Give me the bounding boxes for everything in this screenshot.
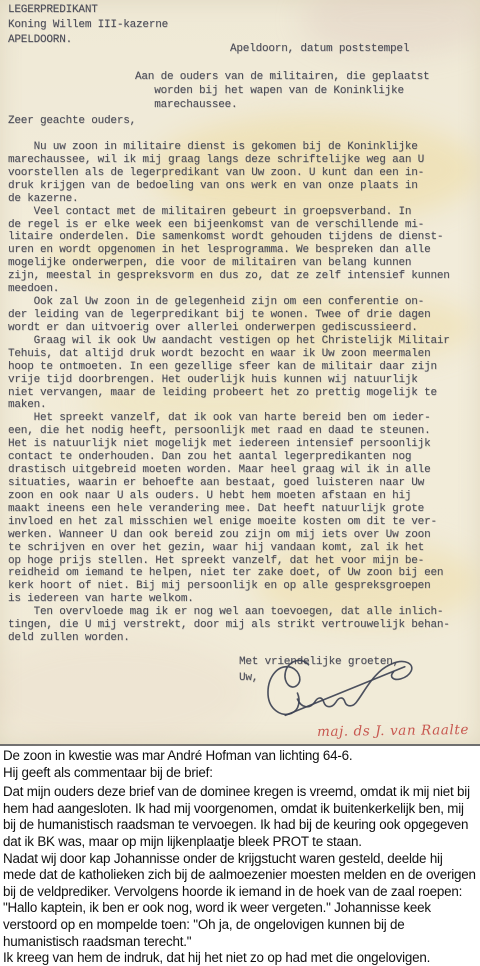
letter-line: drastisch uitgebreid moeten worden. Maar… (8, 464, 450, 477)
letter-line: maken. (8, 399, 450, 412)
letter-line: hoop te ontmoeten. In een gezellige sfee… (8, 361, 450, 374)
letter-line: vrije tijd doorbrengen. Het ouderlijk hu… (8, 374, 450, 387)
letter-scan: LEGERPREDIKANTKoning Willem III-kazerneA… (0, 0, 480, 746)
caption-comment: Dat mijn ouders deze brief van de domine… (3, 784, 480, 966)
letter-line: situaties, waarin er behoefte aan bestaa… (8, 477, 450, 490)
letter-line: mogelijke onderwerpen, die voor de milit… (8, 257, 450, 270)
caption-line: "Hallo kaptein, ik ben er ook nog, word … (3, 900, 480, 917)
caption-line: De zoon in kwestie was mar André Hofman … (3, 748, 480, 765)
caption-line: Ik kreeg van hem de indruk, dat hij het … (3, 950, 480, 966)
letter-line: is iedereen van harte welkom. (8, 593, 450, 606)
caption-intro: De zoon in kwestie was mar André Hofman … (3, 748, 480, 781)
letter-line: niet vervangen, maar de leiding probeert… (8, 387, 450, 400)
dateline: Apeldoorn, datum poststempel (230, 43, 409, 55)
sender-line: Koning Willem III-kazerne (8, 18, 168, 33)
letter-line: wordt er dan uitvoerig over allerlei ond… (8, 322, 450, 335)
letter-line: contact te onderhouden. Dan zou het aant… (8, 451, 450, 464)
address-line: Aan de ouders van de militairen, die gep… (135, 70, 429, 84)
caption: De zoon in kwestie was mar André Hofman … (0, 746, 480, 966)
caption-line: mede dat de katholieken zich bij de aalm… (3, 867, 480, 884)
letter-body: Nu uw zoon in militaire dienst is gekome… (8, 141, 450, 645)
letter-line: der leiding van de legerpredikant bij te… (8, 309, 450, 322)
letter-line: meedoen. (8, 283, 450, 296)
letter-line: zijn, meestal in gespreksvorm en dus zo,… (8, 270, 450, 283)
letter-line: reidheid om iemand te helpen, niet ter z… (8, 567, 450, 580)
caption-line: Nadat wij door kap Johannisse onder de k… (3, 851, 480, 868)
letter-line: zoon en ook naar U als ouders. U hebt he… (8, 490, 450, 503)
caption-line: bij de veldprediker. Vervolgens hoorde i… (3, 884, 480, 901)
address-line: worden bij het wapen van de Koninklijke (135, 84, 429, 98)
caption-line: dat ik BK was, maar op mijn lijkenplaatj… (3, 834, 480, 851)
letter-line: te schrijven en over het gezin, waar hij… (8, 542, 450, 555)
letter-line: Ten overvloede mag ik er nog wel aan toe… (8, 606, 450, 619)
letter-line: Veel contact met de militairen gebeurt i… (8, 206, 450, 219)
letter-line: deld zullen worden. (8, 632, 450, 645)
letter-line: de regel is er elke week een bijeenkomst… (8, 219, 450, 232)
letter-line: marechaussee, wil ik mij graag langs dez… (8, 154, 450, 167)
letter-line: Het spreekt vanzelf, dat ik ook van hart… (8, 412, 450, 425)
rank-stamp: maj. ds J. van Raalte (317, 722, 469, 740)
caption-line: humanistisch raadsman terecht." (3, 934, 480, 951)
letter-line: Tehuis, dat altijd druk wordt bezocht en… (8, 348, 450, 361)
caption-line: verstoord op en mompelde toen: "Oh ja, d… (3, 917, 480, 934)
sender-line: LEGERPREDIKANT (8, 3, 168, 18)
caption-line: Hij geeft als commentaar bij de brief: (3, 765, 480, 782)
letter-line: Graag wil ik ook Uw aandacht vestigen op… (8, 335, 450, 348)
page: LEGERPREDIKANTKoning Willem III-kazerneA… (0, 0, 480, 966)
letter-line: een, die het nodig heeft, persoonlijk me… (8, 425, 450, 438)
letter-line: tingen, die U mij verstrekt, door mij al… (8, 619, 450, 632)
letter-line: op hoge prijs stellen. Het spreekt vanze… (8, 555, 450, 568)
letter-line: maakt ineens een hele verandering mee. D… (8, 503, 450, 516)
caption-line: hem had aangesloten. Ik had mij voorgeno… (3, 801, 480, 818)
letter-line: Ook zal Uw zoon in de gelegenheid zijn o… (8, 296, 450, 309)
sender-line: APELDOORN. (8, 33, 168, 48)
caption-line: Dat mijn ouders deze brief van de domine… (3, 784, 480, 801)
sender-block: LEGERPREDIKANTKoning Willem III-kazerneA… (8, 3, 168, 48)
paper-stain (0, 635, 250, 750)
caption-line: bij de humanistisch raadsman te vervoege… (3, 817, 480, 834)
letter-line: Het is natuurlijk niet mogelijk met iede… (8, 438, 450, 451)
letter-line: kerk hoort of niet. Bij mij persoonlijk … (8, 580, 450, 593)
letter-line: werken. Wanneer U dan ook bereid zou zij… (8, 529, 450, 542)
address-block: Aan de ouders van de militairen, die gep… (135, 70, 429, 112)
letter-line: uren en wordt opgenomen in het lesprogra… (8, 244, 450, 257)
address-line: marechaussee. (135, 98, 429, 112)
letter-line: voorstellen als de legerpredikant van Uw… (8, 167, 450, 180)
salutation: Zeer geachte ouders, (8, 115, 136, 127)
letter-line: Nu uw zoon in militaire dienst is gekome… (8, 141, 450, 154)
letter-line: invloed en het zal misschien wel enige m… (8, 516, 450, 529)
letter-line: de kazerne. (8, 193, 450, 206)
letter-line: litaire onderdelen. Die samenkomst wordt… (8, 231, 450, 244)
letter-line: druk krijgen van de bedoeling van ons we… (8, 180, 450, 193)
signature-handwriting (263, 652, 425, 724)
